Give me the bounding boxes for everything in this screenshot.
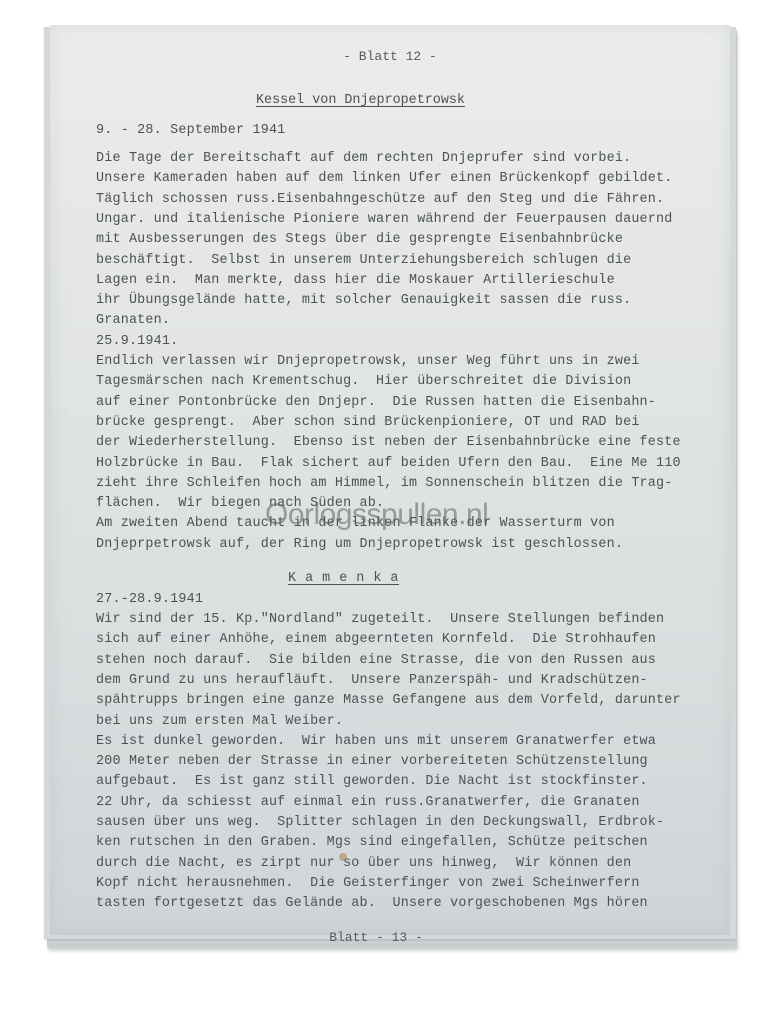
text-line: sausen über uns weg. Splitter schlagen i… bbox=[96, 813, 664, 833]
page-footer: Blatt - 13 - bbox=[36, 930, 716, 945]
text-line: dem Grund zu uns heraufläuft. Unsere Pan… bbox=[96, 671, 648, 691]
text-line: 200 Meter neben der Strasse in einer vor… bbox=[96, 752, 648, 772]
text-line: ken rutschen in den Graben. Mgs sind ein… bbox=[96, 833, 648, 853]
text-line: bei uns zum ersten Mal Weiber. bbox=[96, 712, 343, 732]
text-line: ihr Übungsgelände hatte, mit solcher Gen… bbox=[96, 291, 631, 311]
text-line: Kopf nicht herausnehmen. Die Geisterfing… bbox=[96, 874, 640, 894]
text-line: Wir sind der 15. Kp."Nordland" zugeteilt… bbox=[96, 610, 664, 630]
text-line: Ungar. und italienische Pioniere waren w… bbox=[96, 210, 673, 230]
text-line: beschäftigt. Selbst in unserem Unterzieh… bbox=[96, 251, 631, 271]
section-date-kamenka: 27.-28.9.1941 bbox=[96, 590, 203, 610]
section-title-kamenka: K a m e n k a bbox=[288, 571, 399, 586]
text-line: Es ist dunkel geworden. Wir haben uns mi… bbox=[96, 732, 656, 752]
text-line: der Wiederherstellung. Ebenso ist neben … bbox=[96, 433, 681, 453]
text-line: Die Tage der Bereitschaft auf dem rechte… bbox=[96, 149, 631, 169]
text-line: Dnjeprpetrowsk auf, der Ring um Dnjeprop… bbox=[96, 535, 623, 555]
text-line: 22 Uhr, da schiesst auf einmal ein russ.… bbox=[96, 793, 640, 813]
text-line: sich auf einer Anhöhe, einem abgeerntete… bbox=[96, 630, 656, 650]
text-line: Lagen ein. Man merkte, dass hier die Mos… bbox=[96, 271, 615, 291]
section-date-kessel: 9. - 28. September 1941 bbox=[96, 121, 285, 141]
watermark: Oorlogsspullen.nl bbox=[265, 498, 488, 532]
text-line: tasten fortgesetzt das Gelände ab. Unser… bbox=[96, 894, 648, 914]
text-line: durch die Nacht, es zirpt nur so über un… bbox=[96, 854, 631, 874]
text-line: auf einer Pontonbrücke den Dnjepr. Die R… bbox=[96, 393, 656, 413]
text-line: aufgebaut. Es ist ganz still geworden. D… bbox=[96, 772, 648, 792]
text-line: Tagesmärschen nach Krementschug. Hier üb… bbox=[96, 372, 631, 392]
text-line: Täglich schossen russ.Eisenbahngeschütze… bbox=[96, 190, 664, 210]
text-line: Unsere Kameraden haben auf dem linken Uf… bbox=[96, 169, 673, 189]
typewritten-page: - Blatt 12 - Kessel von Dnjepropetrowsk … bbox=[50, 25, 730, 935]
text-line: mit Ausbesserungen des Stegs über die ge… bbox=[96, 230, 623, 250]
paper-stain bbox=[339, 853, 347, 861]
page-header: - Blatt 12 - bbox=[50, 49, 730, 64]
text-line: Endlich verlassen wir Dnjepropetrowsk, u… bbox=[96, 352, 640, 372]
text-line: spähtrupps bringen eine ganze Masse Gefa… bbox=[96, 691, 681, 711]
section-title-kessel: Kessel von Dnjepropetrowsk bbox=[256, 93, 465, 108]
text-line: Granaten. bbox=[96, 311, 170, 331]
text-line: stehen noch darauf. Sie bilden eine Stra… bbox=[96, 651, 656, 671]
text-line: brücke gesprengt. Aber schon sind Brücke… bbox=[96, 413, 640, 433]
text-line: Holzbrücke in Bau. Flak sichert auf beid… bbox=[96, 454, 681, 474]
text-line: zieht ihre Schleifen hoch am Himmel, im … bbox=[96, 474, 673, 494]
text-line: 25.9.1941. bbox=[96, 332, 178, 352]
